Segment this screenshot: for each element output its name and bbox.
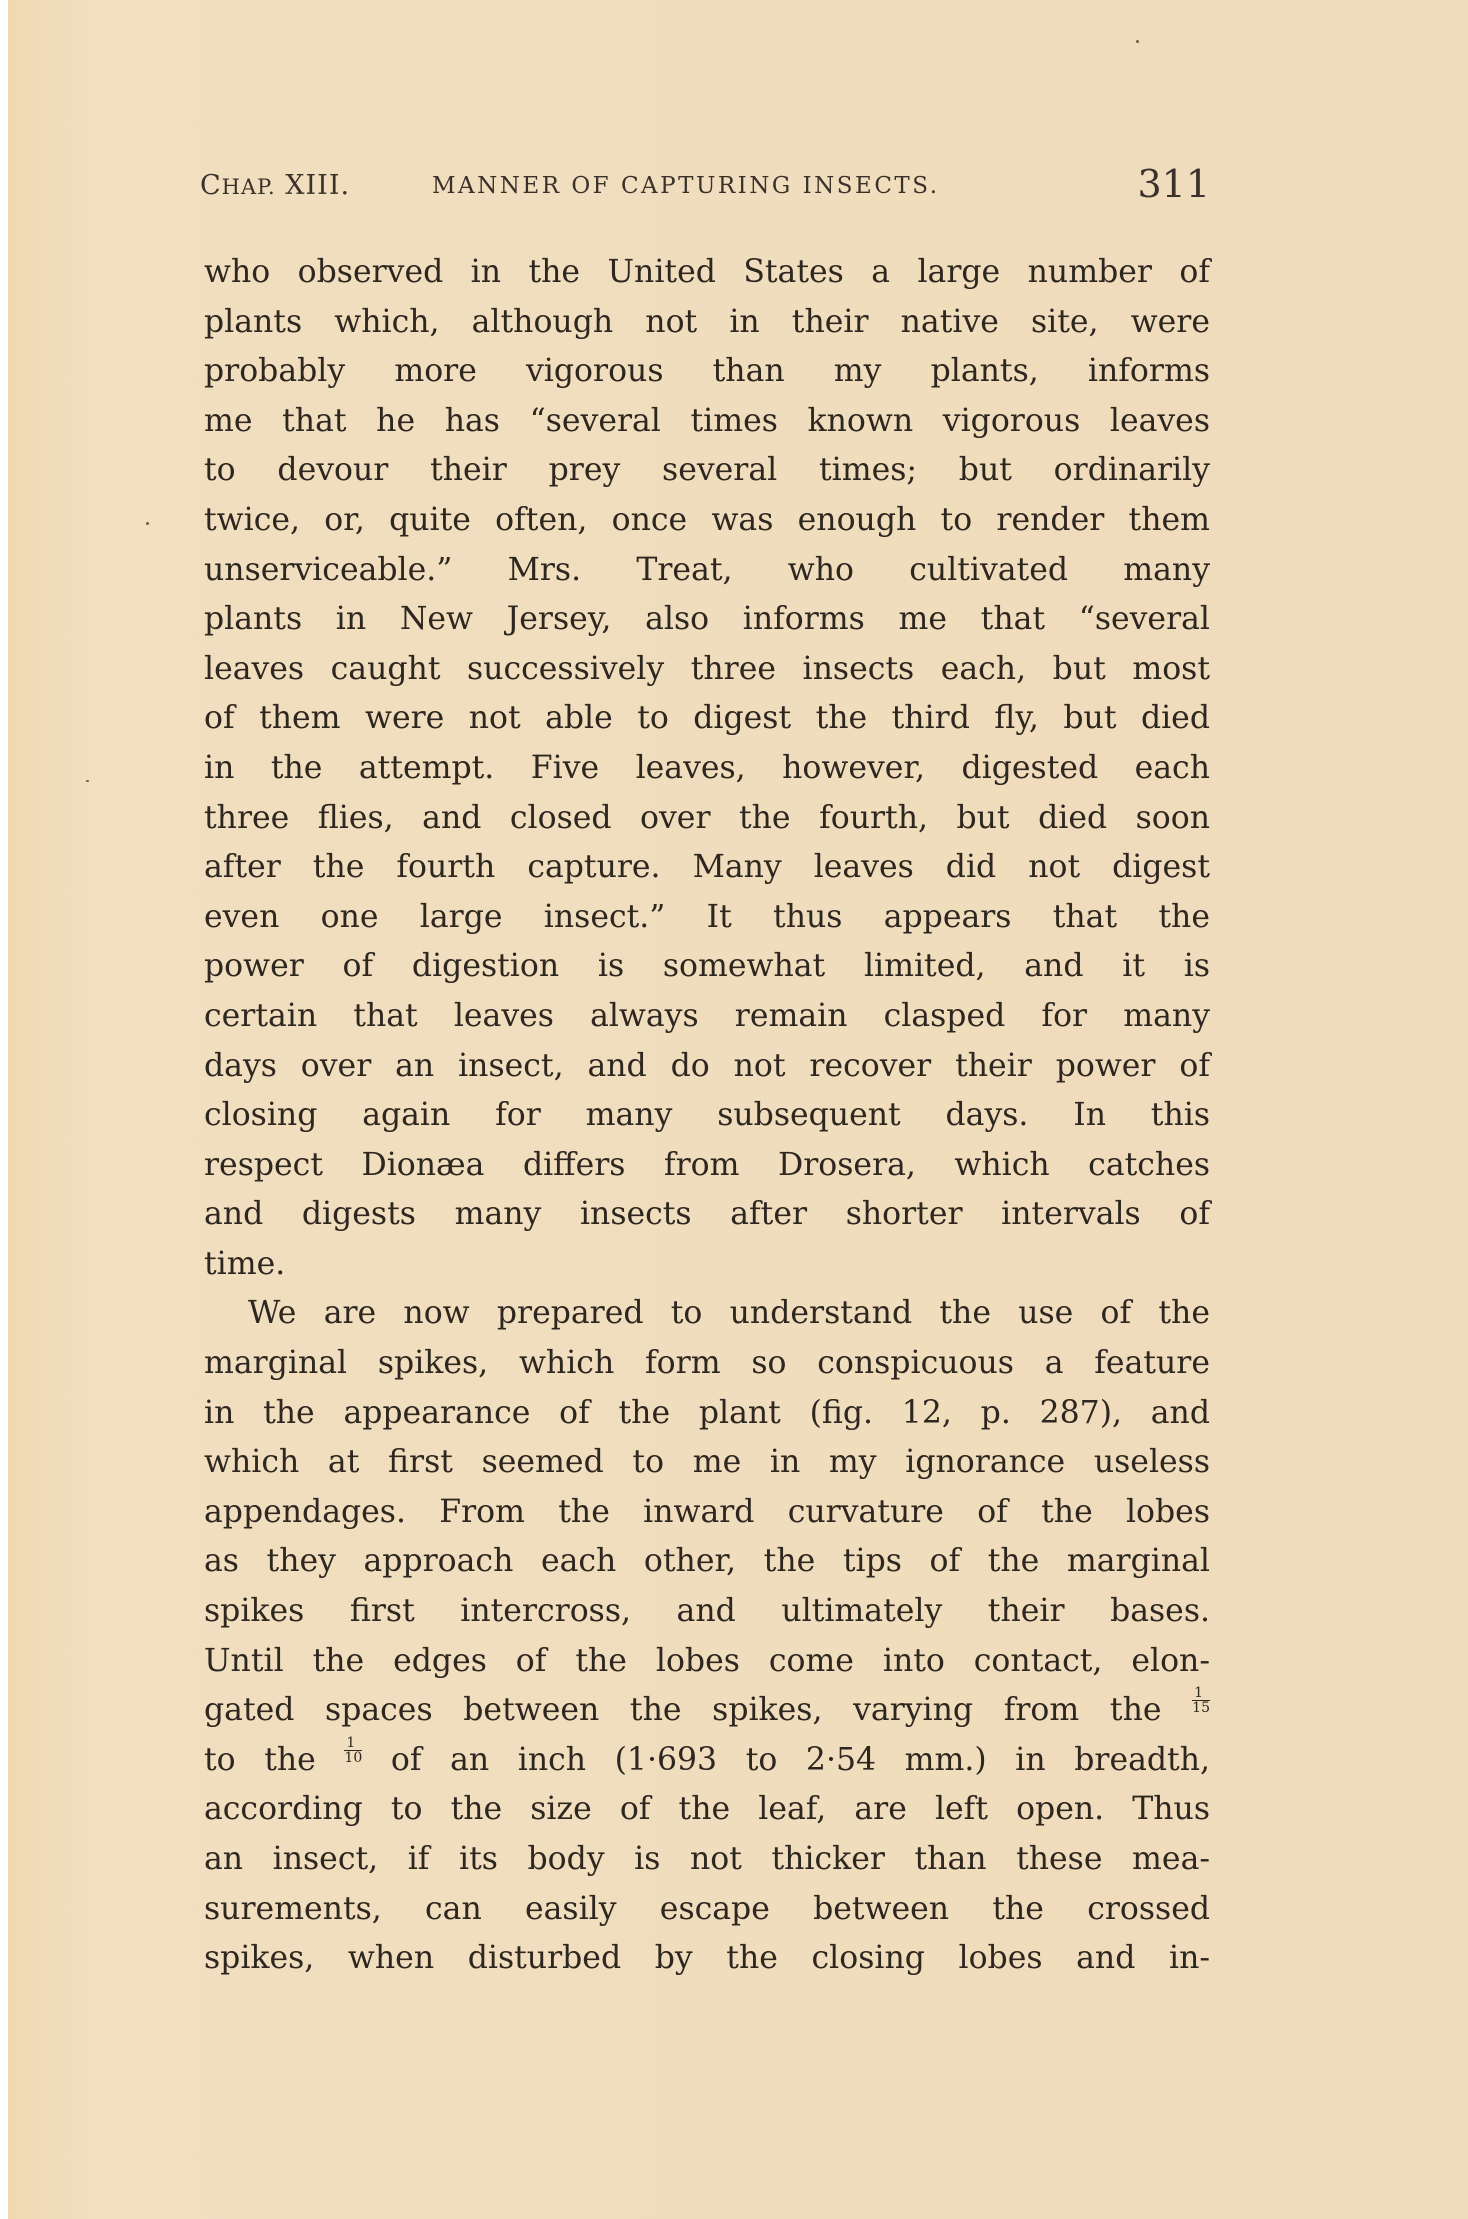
text-line: Until the edges of the lobes come into c… <box>204 1637 1210 1687</box>
text-line-with-fraction: gated spaces between the spikes, varying… <box>204 1686 1210 1736</box>
paragraph-start-line: We are now prepared to understand the us… <box>204 1289 1210 1339</box>
text-line: after the fourth capture. Many leaves di… <box>204 843 1210 893</box>
text-line: of them were not able to digest the thir… <box>204 694 1210 744</box>
text-line: in the attempt. Five leaves, however, di… <box>204 744 1210 794</box>
fraction-one-fifteenth: 115 <box>1192 1686 1210 1715</box>
text-line: spikes, when disturbed by the closing lo… <box>204 1934 1210 1984</box>
text-line: marginal spikes, which form so conspicuo… <box>204 1339 1210 1389</box>
text-line: an insect, if its body is not thicker th… <box>204 1835 1210 1885</box>
text-line: me that he has “several times known vigo… <box>204 397 1210 447</box>
text-line: even one large insect.” It thus appears … <box>204 893 1210 943</box>
fraction-denominator: 15 <box>1192 1701 1210 1715</box>
text-line: and digests many insects after shorter i… <box>204 1190 1210 1240</box>
chapter-number: XIII. <box>285 170 350 201</box>
text-line: spikes first intercross, and ultimately … <box>204 1587 1210 1637</box>
text-line: plants in New Jersey, also informs me th… <box>204 595 1210 645</box>
text-line: as they approach each other, the tips of… <box>204 1537 1210 1587</box>
text-line: surements, can easily escape between the… <box>204 1885 1210 1935</box>
page-number: 311 <box>1137 162 1210 206</box>
paper-speck <box>146 522 149 525</box>
fraction-denominator: 10 <box>344 1751 362 1765</box>
text-line: leaves caught successively three insects… <box>204 645 1210 695</box>
text-line: twice, or, quite often, once was enough … <box>204 496 1210 546</box>
text-line: three flies, and closed over the fourth,… <box>204 794 1210 844</box>
line-text: of an inch (1·693 to 2·54 mm.) in breadt… <box>391 1742 1210 1778</box>
text-line: according to the size of the leaf, are l… <box>204 1785 1210 1835</box>
chapter-small: HAP. <box>222 175 276 199</box>
running-title: MANNER OF CAPTURING INSECTS. <box>432 173 940 199</box>
book-page: CHAP. XIII. MANNER OF CAPTURING INSECTS.… <box>8 0 1468 2219</box>
text-line: which at first seemed to me in my ignora… <box>204 1438 1210 1488</box>
text-line: in the appearance of the plant (fig. 12,… <box>204 1389 1210 1439</box>
text-line: appendages. From the inward curvature of… <box>204 1488 1210 1538</box>
text-line: days over an insect, and do not recover … <box>204 1042 1210 1092</box>
text-line: plants which, although not in their nati… <box>204 298 1210 348</box>
text-line-with-fraction: to the 110 of an inch (1·693 to 2·54 mm.… <box>204 1736 1210 1786</box>
text-line: respect Dionæa differs from Drosera, whi… <box>204 1141 1210 1191</box>
fraction-numerator: 1 <box>344 1736 362 1751</box>
paper-speck <box>1136 40 1139 43</box>
text-line: probably more vigorous than my plants, i… <box>204 347 1210 397</box>
text-line: closing again for many subsequent days. … <box>204 1091 1210 1141</box>
line-text: to the <box>204 1742 316 1778</box>
paper-speck <box>86 780 89 782</box>
body-text: who observed in the United States a larg… <box>204 248 1210 1984</box>
fraction-one-tenth: 110 <box>344 1736 362 1765</box>
text-line: certain that leaves always remain claspe… <box>204 992 1210 1042</box>
text-line: who observed in the United States a larg… <box>204 248 1210 298</box>
chapter-cap: C <box>200 170 222 201</box>
fraction-numerator: 1 <box>1192 1686 1210 1701</box>
chapter-label: CHAP. XIII. <box>200 170 350 201</box>
running-header: CHAP. XIII. MANNER OF CAPTURING INSECTS.… <box>200 160 1210 220</box>
text-line: to devour their prey several times; but … <box>204 446 1210 496</box>
line-text: gated spaces between the spikes, varying… <box>204 1692 1162 1728</box>
text-line: unserviceable.” Mrs. Treat, who cultivat… <box>204 546 1210 596</box>
text-line: power of digestion is somewhat limited, … <box>204 942 1210 992</box>
paragraph-end-line: time. <box>204 1240 1210 1290</box>
